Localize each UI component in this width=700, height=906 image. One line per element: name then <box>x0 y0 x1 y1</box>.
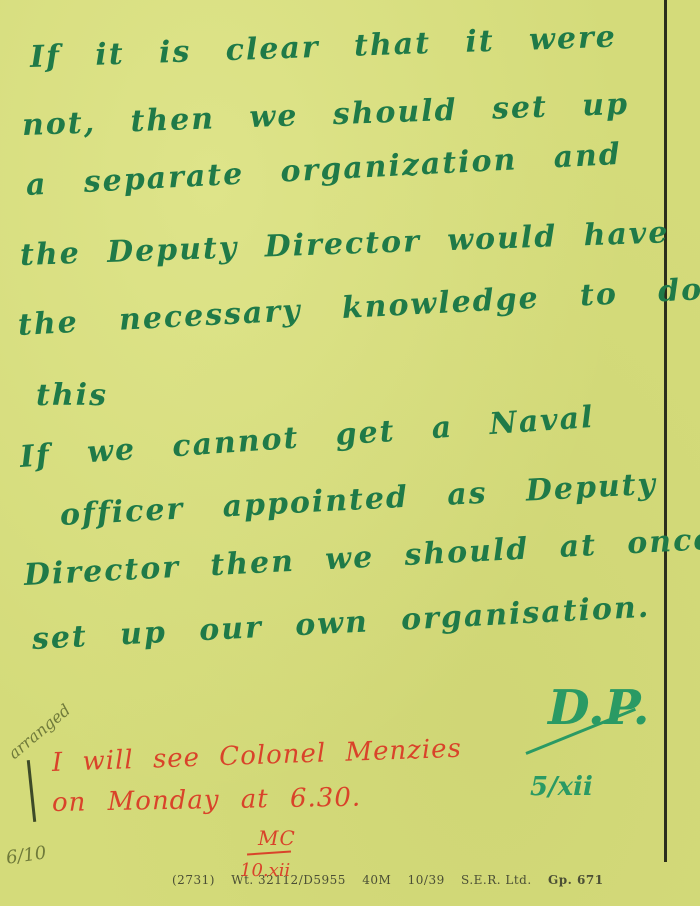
reply-initials: MC <box>258 826 296 850</box>
right-margin-rule <box>664 0 667 862</box>
imprint-quantity: 40M <box>362 873 391 887</box>
printer-imprint: (2731) Wt. 32112/D5955 40M 10/39 S.E.R. … <box>172 873 604 887</box>
imprint-code: (2731) <box>172 873 215 887</box>
imprint-printer: S.E.R. Ltd. <box>461 873 532 887</box>
signature-date: 5/xii <box>530 772 593 802</box>
imprint-date: 10/39 <box>408 873 445 887</box>
reply-date: 10.xii <box>240 860 290 881</box>
reply-line-2: on Monday at 6.30. <box>52 783 362 818</box>
minute-line-6: this <box>36 378 108 413</box>
imprint-group: Gp. 671 <box>548 873 604 887</box>
